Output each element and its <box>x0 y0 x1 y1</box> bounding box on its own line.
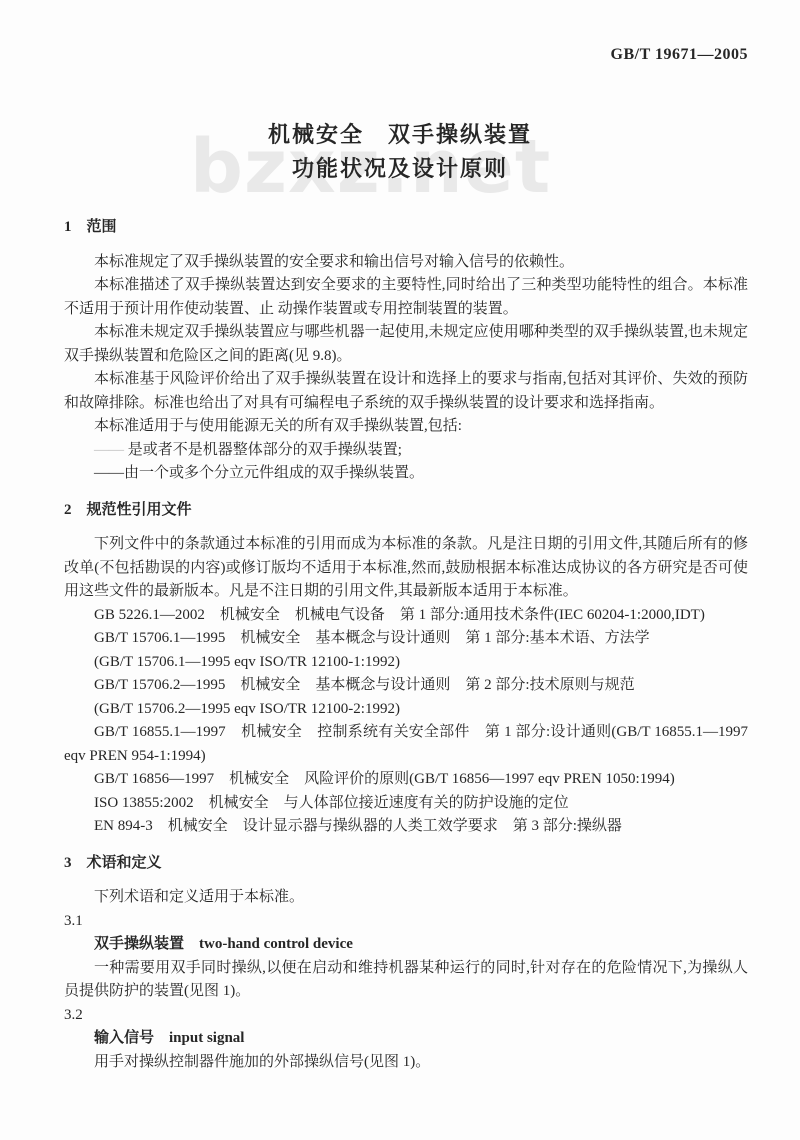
terms-intro: 下列术语和定义适用于本标准。 <box>64 886 748 910</box>
list-dash: —— <box>94 465 124 481</box>
term-definition: 一种需要用双手同时操纵,以便在启动和维持机器某种运行的同时,针对存在的危险情况下… <box>64 957 748 1004</box>
reference-item: (GB/T 15706.1—1995 eqv ISO/TR 12100-1:19… <box>64 651 748 675</box>
reference-item: GB 5226.1—2002 机械安全 机械电气设备 第 1 部分:通用技术条件… <box>64 604 748 628</box>
list-dash: —— <box>94 442 124 458</box>
term-number: 3.2 <box>64 1004 748 1028</box>
scope-paragraph: 本标准适用于与使用能源无关的所有双手操纵装置,包括: <box>64 415 748 439</box>
scope-paragraph: 本标准未规定双手操纵装置应与哪些机器一起使用,未规定应使用哪种类型的双手操纵装置… <box>64 321 748 368</box>
scope-list-item: —— 是或者不是机器整体部分的双手操纵装置; <box>64 439 748 463</box>
section-heading-scope: 1 范围 <box>64 216 748 240</box>
term-number: 3.1 <box>64 910 748 934</box>
document-title: 机械安全 双手操纵装置 功能状况及设计原则 <box>0 118 800 186</box>
reference-item: ISO 13855:2002 机械安全 与人体部位接近速度有关的防护设施的定位 <box>64 792 748 816</box>
section-heading-references: 2 规范性引用文件 <box>64 499 748 523</box>
term-title: 双手操纵装置 two-hand control device <box>64 933 748 957</box>
document-page: bzxz.net GB/T 19671—2005 机械安全 双手操纵装置 功能状… <box>0 0 800 1140</box>
list-item-text: 是或者不是机器整体部分的双手操纵装置; <box>124 442 402 458</box>
document-body: 1 范围 本标准规定了双手操纵装置的安全要求和输出信号对输入信号的依赖性。 本标… <box>64 216 748 1074</box>
reference-item: EN 894-3 机械安全 设计显示器与操纵器的人类工效学要求 第 3 部分:操… <box>64 815 748 839</box>
reference-item: GB/T 16855.1—1997 机械安全 控制系统有关安全部件 第 1 部分… <box>64 721 748 768</box>
scope-list-item: ——由一个或多个分立元件组成的双手操纵装置。 <box>64 462 748 486</box>
scope-paragraph: 本标准描述了双手操纵装置达到安全要求的主要特性,同时给出了三种类型功能特性的组合… <box>64 274 748 321</box>
reference-item: GB/T 15706.2—1995 机械安全 基本概念与设计通则 第 2 部分:… <box>64 674 748 698</box>
term-definition: 用手对操纵控制器件施加的外部操纵信号(见图 1)。 <box>64 1051 748 1075</box>
term-title: 输入信号 input signal <box>64 1027 748 1051</box>
reference-item: (GB/T 15706.2—1995 eqv ISO/TR 12100-2:19… <box>64 698 748 722</box>
section-heading-terms: 3 术语和定义 <box>64 852 748 876</box>
scope-paragraph: 本标准规定了双手操纵装置的安全要求和输出信号对输入信号的依赖性。 <box>64 251 748 275</box>
standard-code: GB/T 19671—2005 <box>0 0 800 64</box>
references-intro: 下列文件中的条款通过本标准的引用而成为本标准的条款。凡是注日期的引用文件,其随后… <box>64 533 748 604</box>
reference-item: GB/T 15706.1—1995 机械安全 基本概念与设计通则 第 1 部分:… <box>64 627 748 651</box>
document-title-line2: 功能状况及设计原则 <box>0 152 800 186</box>
document-title-line1: 机械安全 双手操纵装置 <box>0 118 800 152</box>
list-item-text: 由一个或多个分立元件组成的双手操纵装置。 <box>124 465 424 481</box>
reference-item: GB/T 16856—1997 机械安全 风险评价的原则(GB/T 16856—… <box>64 768 748 792</box>
scope-paragraph: 本标准基于风险评价给出了双手操纵装置在设计和选择上的要求与指南,包括对其评价、失… <box>64 368 748 415</box>
